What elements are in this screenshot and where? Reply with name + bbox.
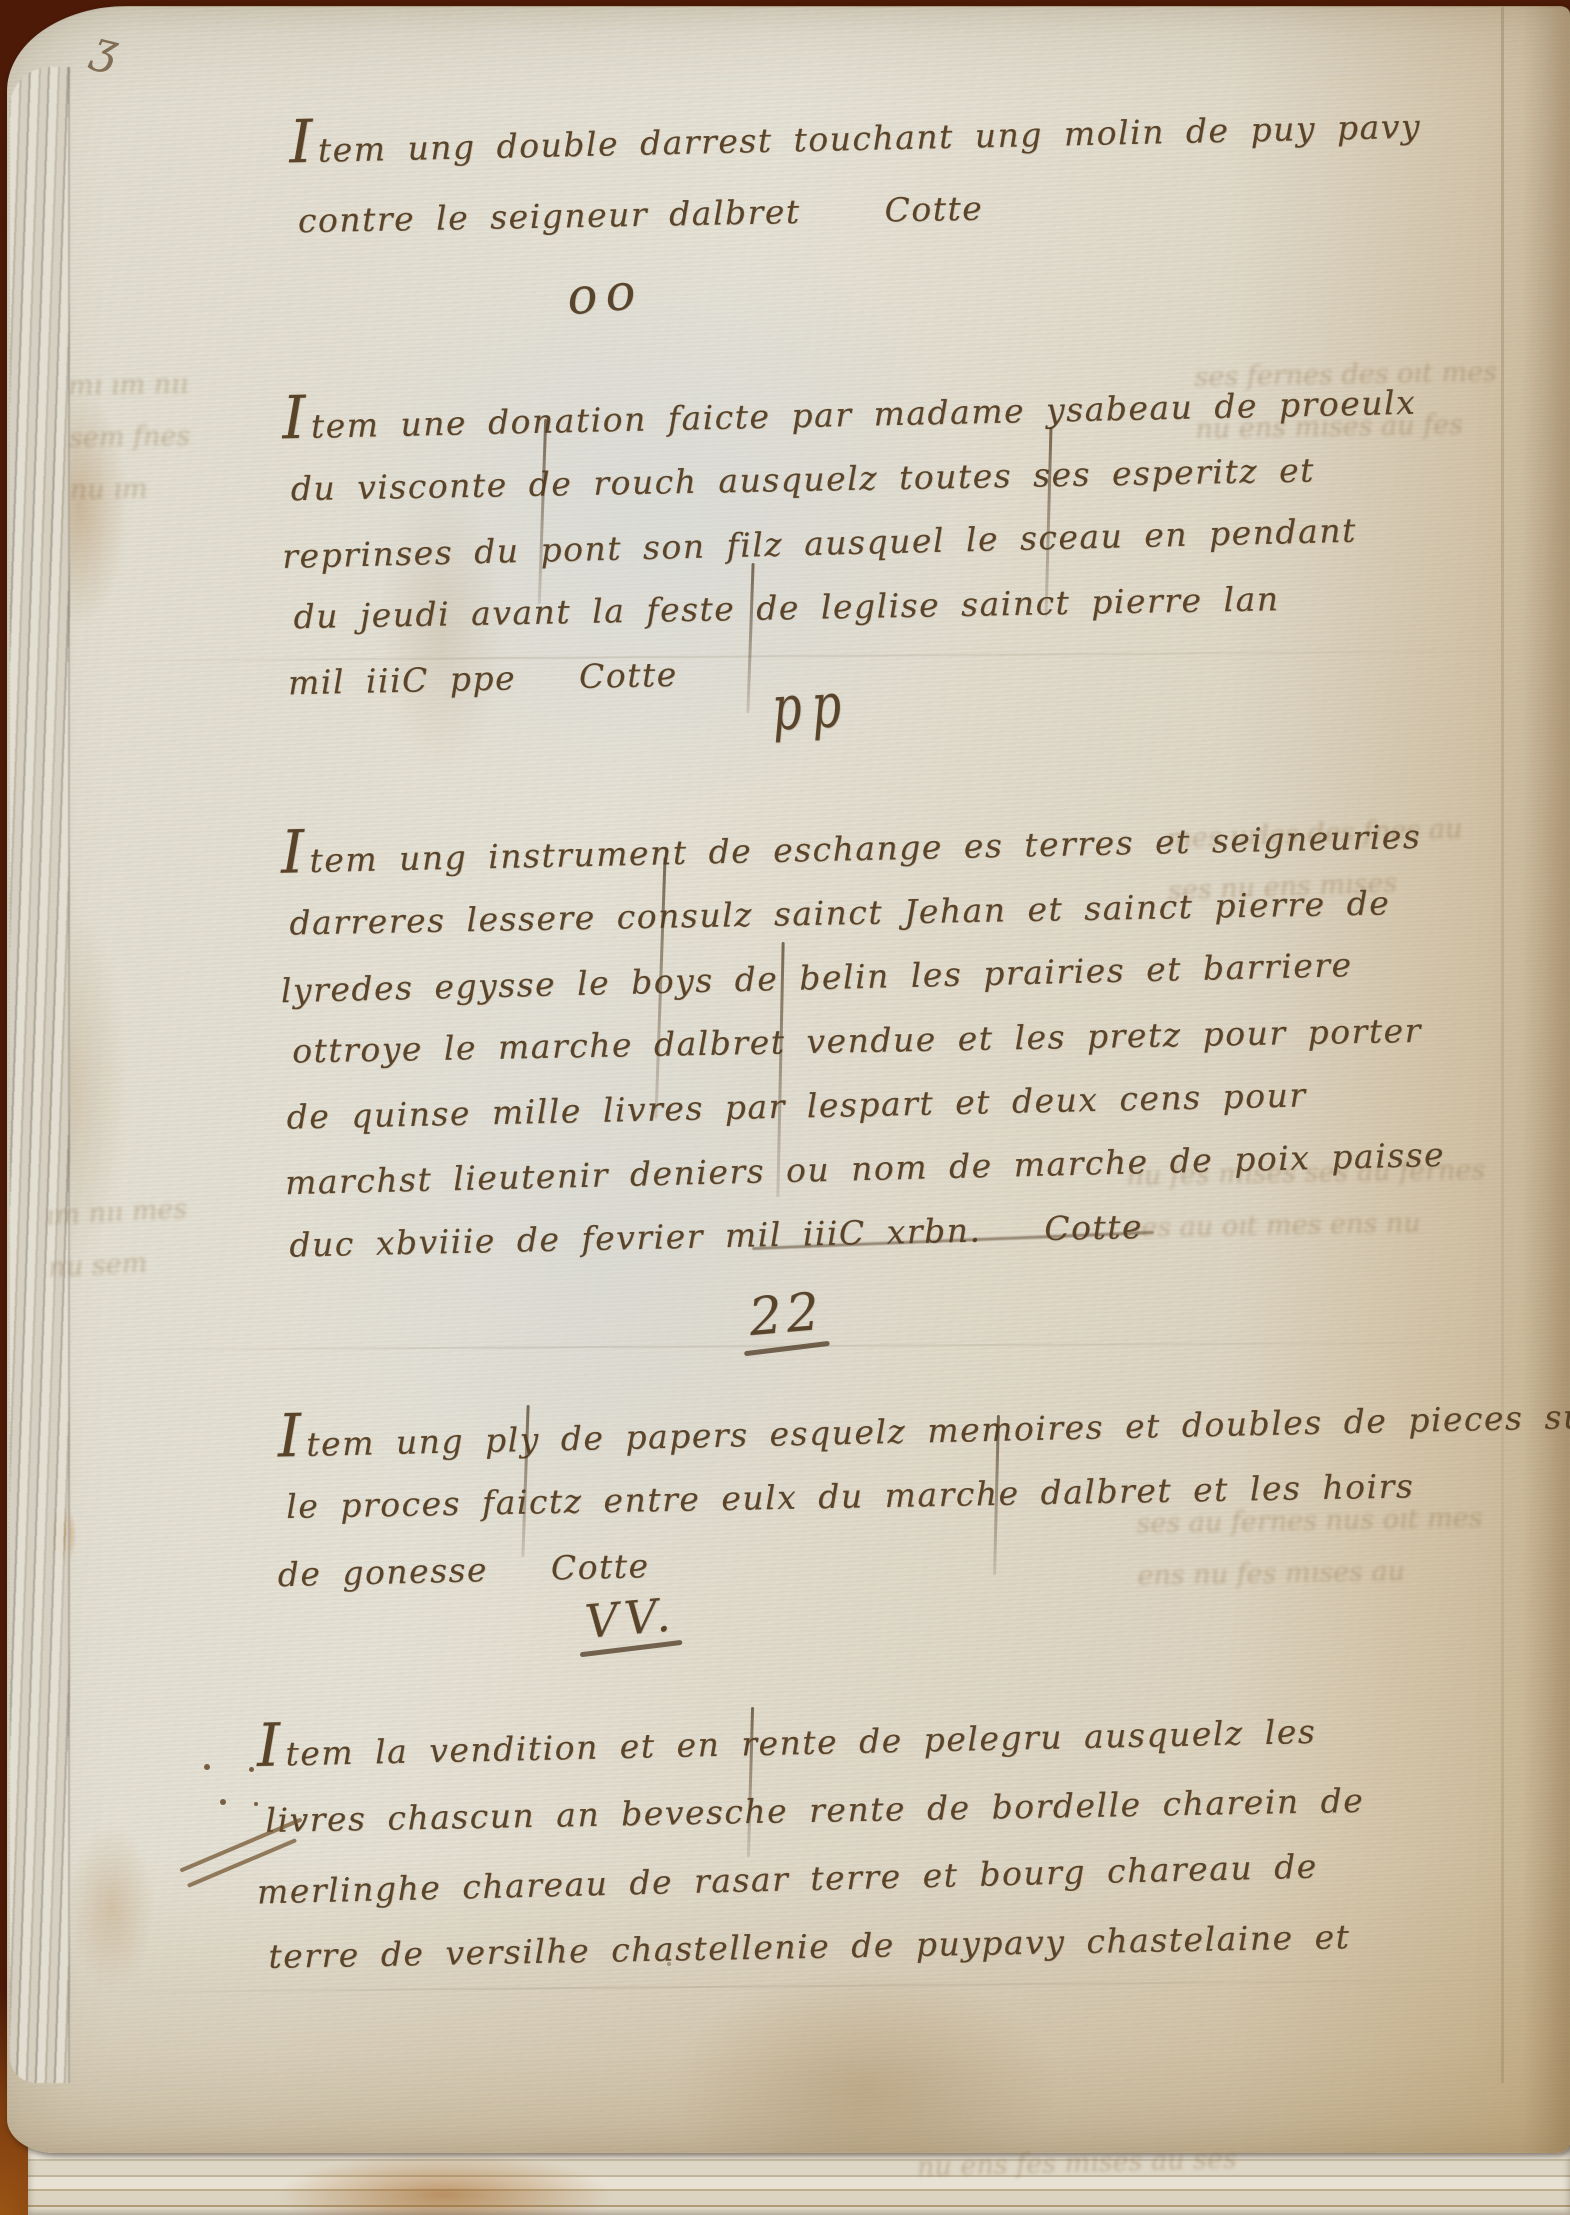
manuscript-entry: Item une donation faicte par madame ysab… xyxy=(282,363,1423,716)
section-mark: VV. xyxy=(583,1587,678,1649)
manuscript-page: mı ım nıı sem fnes nu ım ses fernes des … xyxy=(7,6,1570,2153)
ink-dot xyxy=(220,1799,226,1805)
ink-dot xyxy=(667,1962,671,1966)
ink-dot xyxy=(249,1767,254,1772)
manuscript-photo: { "page": { "paper_color": "#e2ddd0", "i… xyxy=(0,0,1570,2215)
ink-dot xyxy=(204,1764,210,1770)
section-mark: pp xyxy=(770,668,853,745)
manuscript-entry: Item ung instrument de eschange es terre… xyxy=(280,796,1450,1277)
section-mark: oo xyxy=(565,262,646,326)
entries: Item ung double darrest touchant ung mol… xyxy=(7,7,1570,2153)
manuscript-entry: Item ung double darrest touchant ung mol… xyxy=(288,83,1423,260)
ink-dot xyxy=(254,1802,258,1806)
manuscript-entry: Item ung ply de papers esquelz memoires … xyxy=(277,1377,1570,1606)
section-mark: 22 xyxy=(747,1282,826,1348)
manuscript-entry: Item la vendition et en rente de pelegru… xyxy=(256,1689,1361,1993)
